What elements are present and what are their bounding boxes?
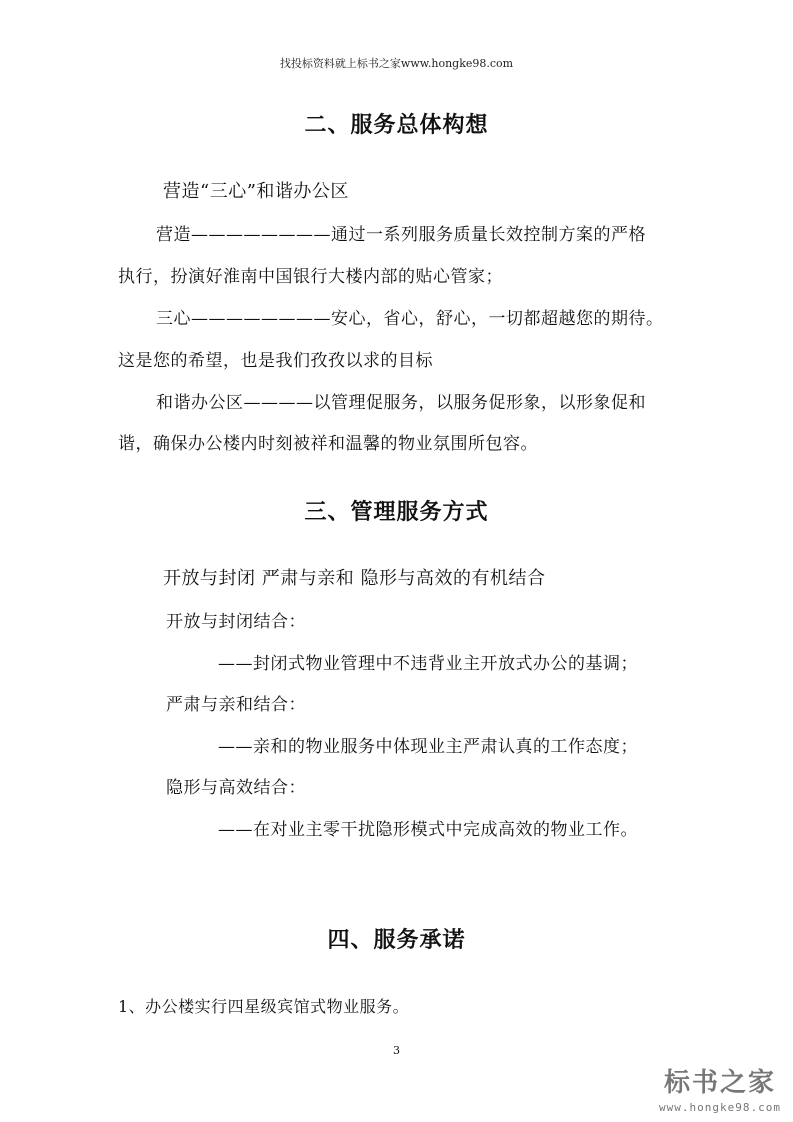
- item-label: 隐形与高效结合：: [166, 773, 306, 798]
- item-desc: ——亲和的物业服务中体现业主严肃认真的工作态度；: [218, 732, 638, 757]
- paragraph-line: 谐，确保办公楼内时刻被祥和温馨的物业氛围所包容。: [118, 429, 538, 454]
- paragraph-line: 和谐办公区————以管理促服务，以服务促形象，以形象促和: [156, 388, 646, 413]
- paragraph-line: 营造————————通过一系列服务质量长效控制方案的严格: [156, 220, 646, 245]
- section-title-2: 二、服务总体构想: [0, 108, 793, 139]
- section-3-subtitle: 开放与封闭 严肃与亲和 隐形与高效的有机结合: [163, 564, 545, 590]
- header-note: 找投标资料就上标书之家www.hongke98.com: [0, 55, 793, 71]
- paragraph-line: 执行，扮演好淮南中国银行大楼内部的贴心管家；: [118, 262, 503, 287]
- paragraph-line: 三心————————安心，省心，舒心，一切都超越您的期待。: [156, 304, 664, 329]
- section-title-3: 三、管理服务方式: [0, 495, 793, 526]
- section-title-4: 四、服务承诺: [0, 923, 793, 954]
- item-desc: ——在对业主零干扰隐形模式中完成高效的物业工作。: [218, 815, 638, 840]
- section-2-subtitle: 营造“三心”和谐办公区: [163, 177, 349, 203]
- watermark-url: www.hongke98.com: [650, 1101, 790, 1114]
- paragraph-line: 这是您的希望，也是我们孜孜以求的目标: [118, 346, 433, 371]
- watermark-logo: 标书之家 www.hongke98.com: [650, 1062, 790, 1114]
- page-number: 3: [0, 1044, 793, 1057]
- item-desc: ——封闭式物业管理中不违背业主开放式办公的基调；: [218, 649, 638, 674]
- list-item: 1、办公楼实行四星级宾馆式物业服务。: [118, 994, 409, 1017]
- watermark-name: 标书之家: [650, 1062, 790, 1099]
- item-label: 严肃与亲和结合：: [166, 690, 306, 715]
- item-label: 开放与封闭结合：: [166, 607, 306, 632]
